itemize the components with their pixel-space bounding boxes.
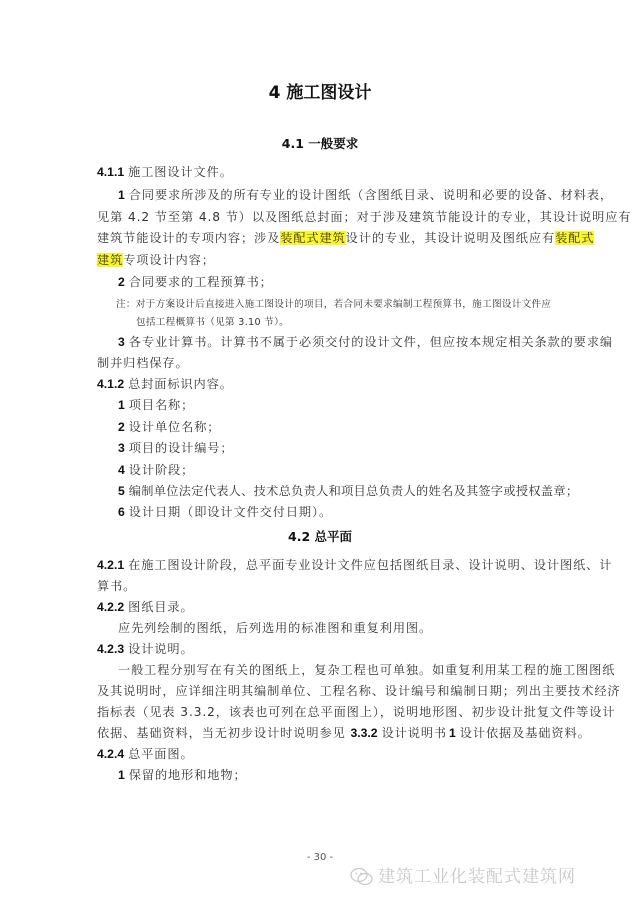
item-number: 1 <box>118 768 125 782</box>
plan-items: 1保留的地形和地物； <box>0 0 640 905</box>
watermark-text: 建筑工业化装配式建筑网 <box>378 867 576 887</box>
plan-item: 1保留的地形和地物； <box>118 766 247 783</box>
watermark: 建筑工业化装配式建筑网 <box>350 862 576 887</box>
item-text: 保留的地形和地物； <box>129 768 247 782</box>
wechat-icon <box>350 867 374 887</box>
